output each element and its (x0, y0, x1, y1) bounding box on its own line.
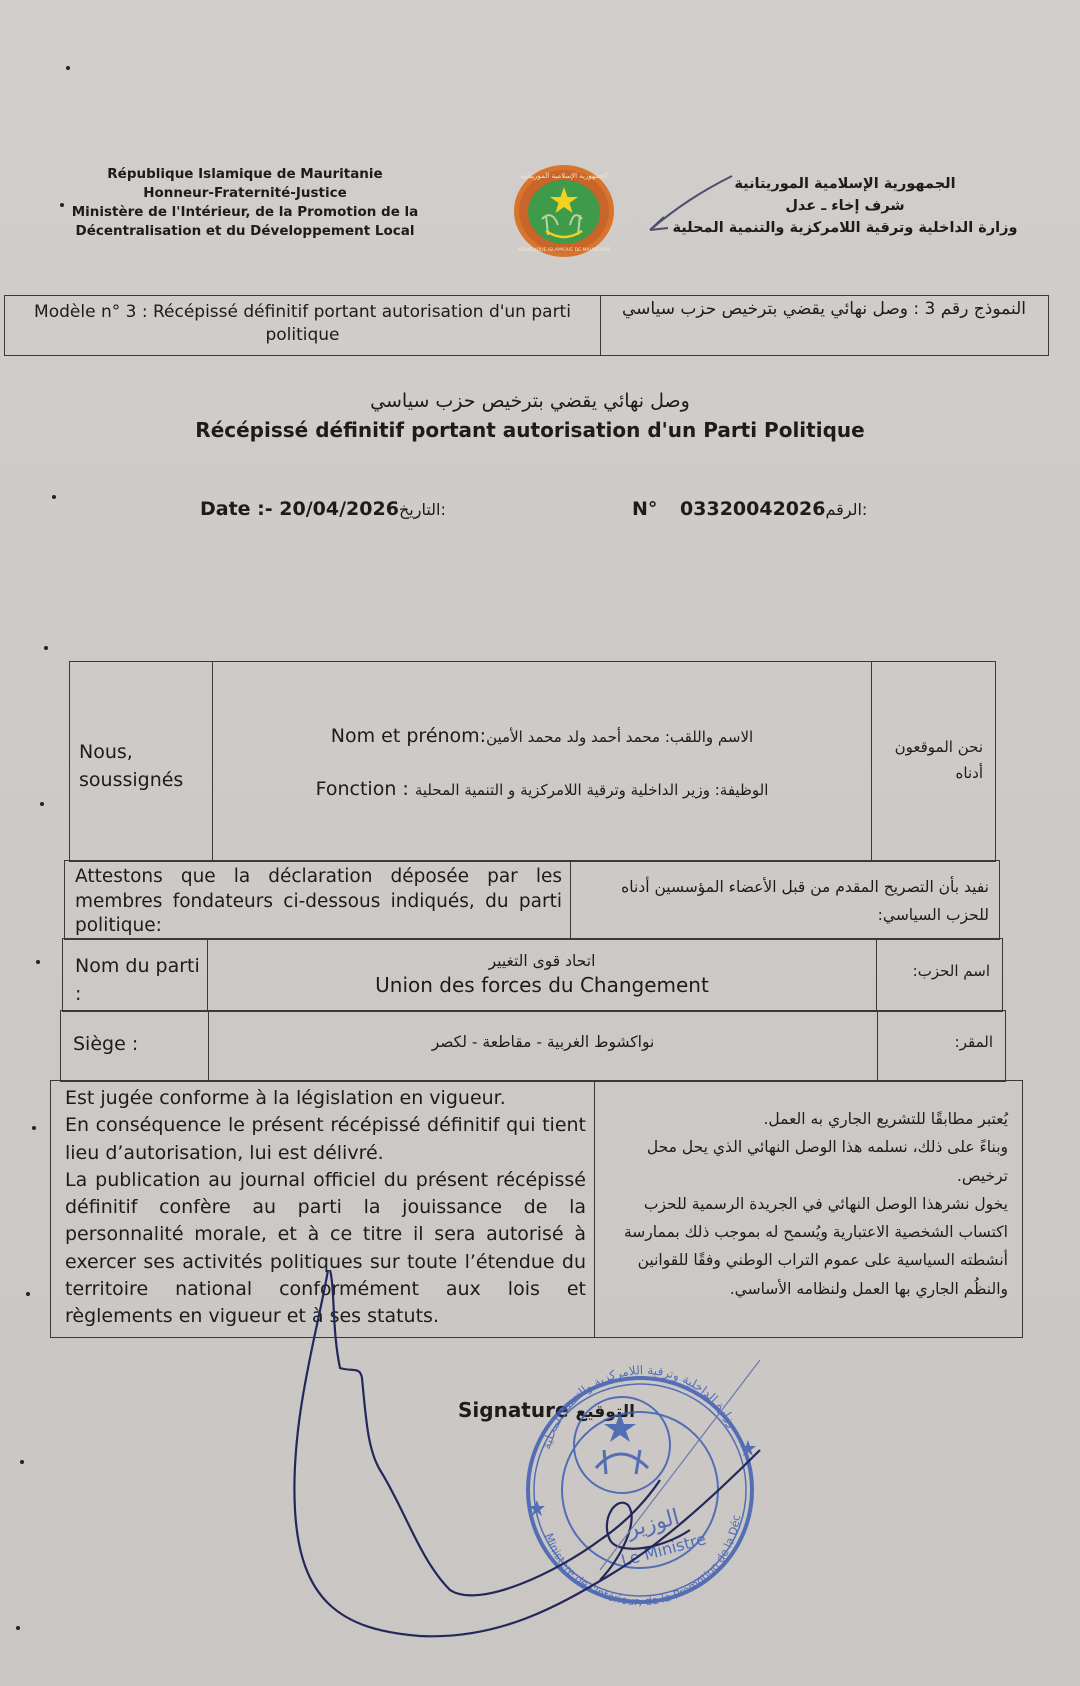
date-label-fr: Date :- (200, 498, 273, 520)
name-value-ar: الاسم واللقب: محمد أحمد ولد محمد الأمين (486, 728, 753, 746)
party-label-ar: اسم الحزب: (877, 939, 1002, 1011)
national-emblem-icon: الجمهورية الإسلامية الموريتانية RÉPUBLIQ… (512, 163, 616, 259)
number-value: 03320042026 (680, 498, 825, 520)
margin-dot (32, 1126, 36, 1130)
header-arabic: الجمهورية الإسلامية الموريتانية شرف إخاء… (670, 173, 1020, 239)
signatories-label-fr: Nous, soussignés (70, 662, 213, 861)
signatories-label-ar: نحن الموقعون أدناه (872, 662, 995, 861)
header-fr-line: République Islamique de Mauritanie (70, 165, 420, 184)
seat-value-ar: نواكشوط الغربية - مقاطعة - لكصر (209, 1011, 878, 1081)
margin-dot (66, 66, 70, 70)
stamp-title-fr: Le Ministre (619, 1529, 708, 1570)
seat-row: Siège : نواكشوط الغربية - مقاطعة - لكصر … (60, 1010, 1006, 1082)
model-label-fr: Modèle n° 3 : Récépissé définitif portan… (5, 296, 601, 355)
margin-dot (60, 203, 64, 207)
svg-text:الجمهورية الإسلامية الموريتاني: الجمهورية الإسلامية الموريتانية (520, 172, 608, 180)
margin-dot (52, 495, 56, 499)
party-label-fr: Nom du parti : (63, 939, 208, 1011)
attest-text-ar: نفيد بأن التصريح المقدم من قبل الأعضاء ا… (571, 861, 999, 939)
seat-label-fr: Siège : (61, 1011, 209, 1081)
signature-label: Signature التوقيع (458, 1398, 635, 1422)
date-field: Date :- 20/04/2026التاريخ: (200, 498, 446, 520)
party-name-ar: اتحاد قوى التغيير (208, 950, 876, 972)
conformity-fr-paragraph: La publication au journal officiel du pr… (65, 1167, 586, 1331)
function-line: Fonction : الوظيفة: وزير الداخلية وترقية… (213, 775, 871, 804)
date-label-ar: التاريخ: (399, 500, 446, 519)
margin-dot (26, 1292, 30, 1296)
conformity-text-ar: يُعتبر مطابقًا للتشريع الجاري به العمل. … (595, 1081, 1022, 1337)
header-fr-line: Ministère de l'Intérieur, de la Promotio… (70, 203, 420, 222)
title-arabic: وصل نهائي يقضي بترخيص حزب سياسي (0, 390, 1060, 412)
attest-text-fr: Attestons que la déclaration déposée par… (65, 861, 571, 939)
signatories-row: Nous, soussignés Nom et prénom:الاسم وال… (69, 661, 996, 862)
conformity-fr-paragraph: En conséquence le présent récépissé défi… (65, 1112, 586, 1167)
number-label-ar: الرقم: (825, 500, 867, 519)
header-ar-line: شرف إخاء ـ عدل (670, 195, 1020, 217)
header-ar-line: وزارة الداخلية وترقية اللامركزية والتنمي… (670, 217, 1020, 239)
signature-label-fr: Signature (458, 1398, 569, 1422)
signature-label-ar: التوقيع (576, 1402, 636, 1422)
margin-dot (40, 802, 44, 806)
function-label-fr: Fonction : (316, 778, 409, 800)
header-fr-line: Honneur-Fraternité-Justice (70, 184, 420, 203)
title-french: Récépissé définitif portant autorisation… (0, 418, 1060, 442)
stamp-title-ar: الوزير (623, 1505, 682, 1543)
margin-dot (16, 1626, 20, 1630)
signatories-details: Nom et prénom:الاسم واللقب: محمد أحمد ول… (213, 662, 872, 861)
conformity-fr-paragraph: Est jugée conforme à la législation en v… (65, 1085, 586, 1112)
party-name-row: Nom du parti : اتحاد قوى التغيير Union d… (62, 938, 1003, 1012)
party-name-fr: Union des forces du Changement (208, 972, 876, 998)
margin-dot (36, 960, 40, 964)
header-ar-line: الجمهورية الإسلامية الموريتانية (670, 173, 1020, 195)
conformity-ar-paragraph: يُعتبر مطابقًا للتشريع الجاري به العمل. (605, 1105, 1008, 1133)
conformity-ar-paragraph: وبناءً على ذلك، نسلمه هذا الوصل النهائي … (605, 1133, 1008, 1190)
pen-stroke-icon (600, 1360, 760, 1570)
name-label-fr: Nom et prénom: (331, 725, 486, 747)
header-fr-line: Décentralisation et du Développement Loc… (70, 222, 420, 241)
margin-dot (44, 646, 48, 650)
number-field: N° 03320042026الرقم: (632, 498, 867, 520)
conformity-text-fr: Est jugée conforme à la législation en v… (51, 1081, 595, 1337)
party-name: اتحاد قوى التغيير Union des forces du Ch… (208, 939, 877, 1011)
date-value: 20/04/2026 (279, 498, 399, 520)
number-label-fr: N° (632, 498, 657, 520)
seat-label-ar: المقر: (878, 1011, 1005, 1081)
margin-dot (20, 1460, 24, 1464)
attest-row: Attestons que la déclaration déposée par… (64, 860, 1000, 940)
conformity-ar-paragraph: يخول نشرهذا الوصل النهائي في الجريدة الر… (605, 1190, 1008, 1303)
model-label-ar: النموذج رقم 3 : وصل نهائي يقضي بترخيص حز… (601, 296, 1048, 355)
conformity-row: Est jugée conforme à la législation en v… (50, 1080, 1023, 1338)
document-page: République Islamique de Mauritanie Honne… (0, 0, 1080, 1686)
header-french: République Islamique de Mauritanie Honne… (70, 165, 420, 241)
model-box: Modèle n° 3 : Récépissé définitif portan… (4, 295, 1049, 356)
function-value-ar: الوظيفة: وزير الداخلية وترقية اللامركزية… (415, 781, 769, 799)
name-line: Nom et prénom:الاسم واللقب: محمد أحمد ول… (213, 722, 871, 751)
